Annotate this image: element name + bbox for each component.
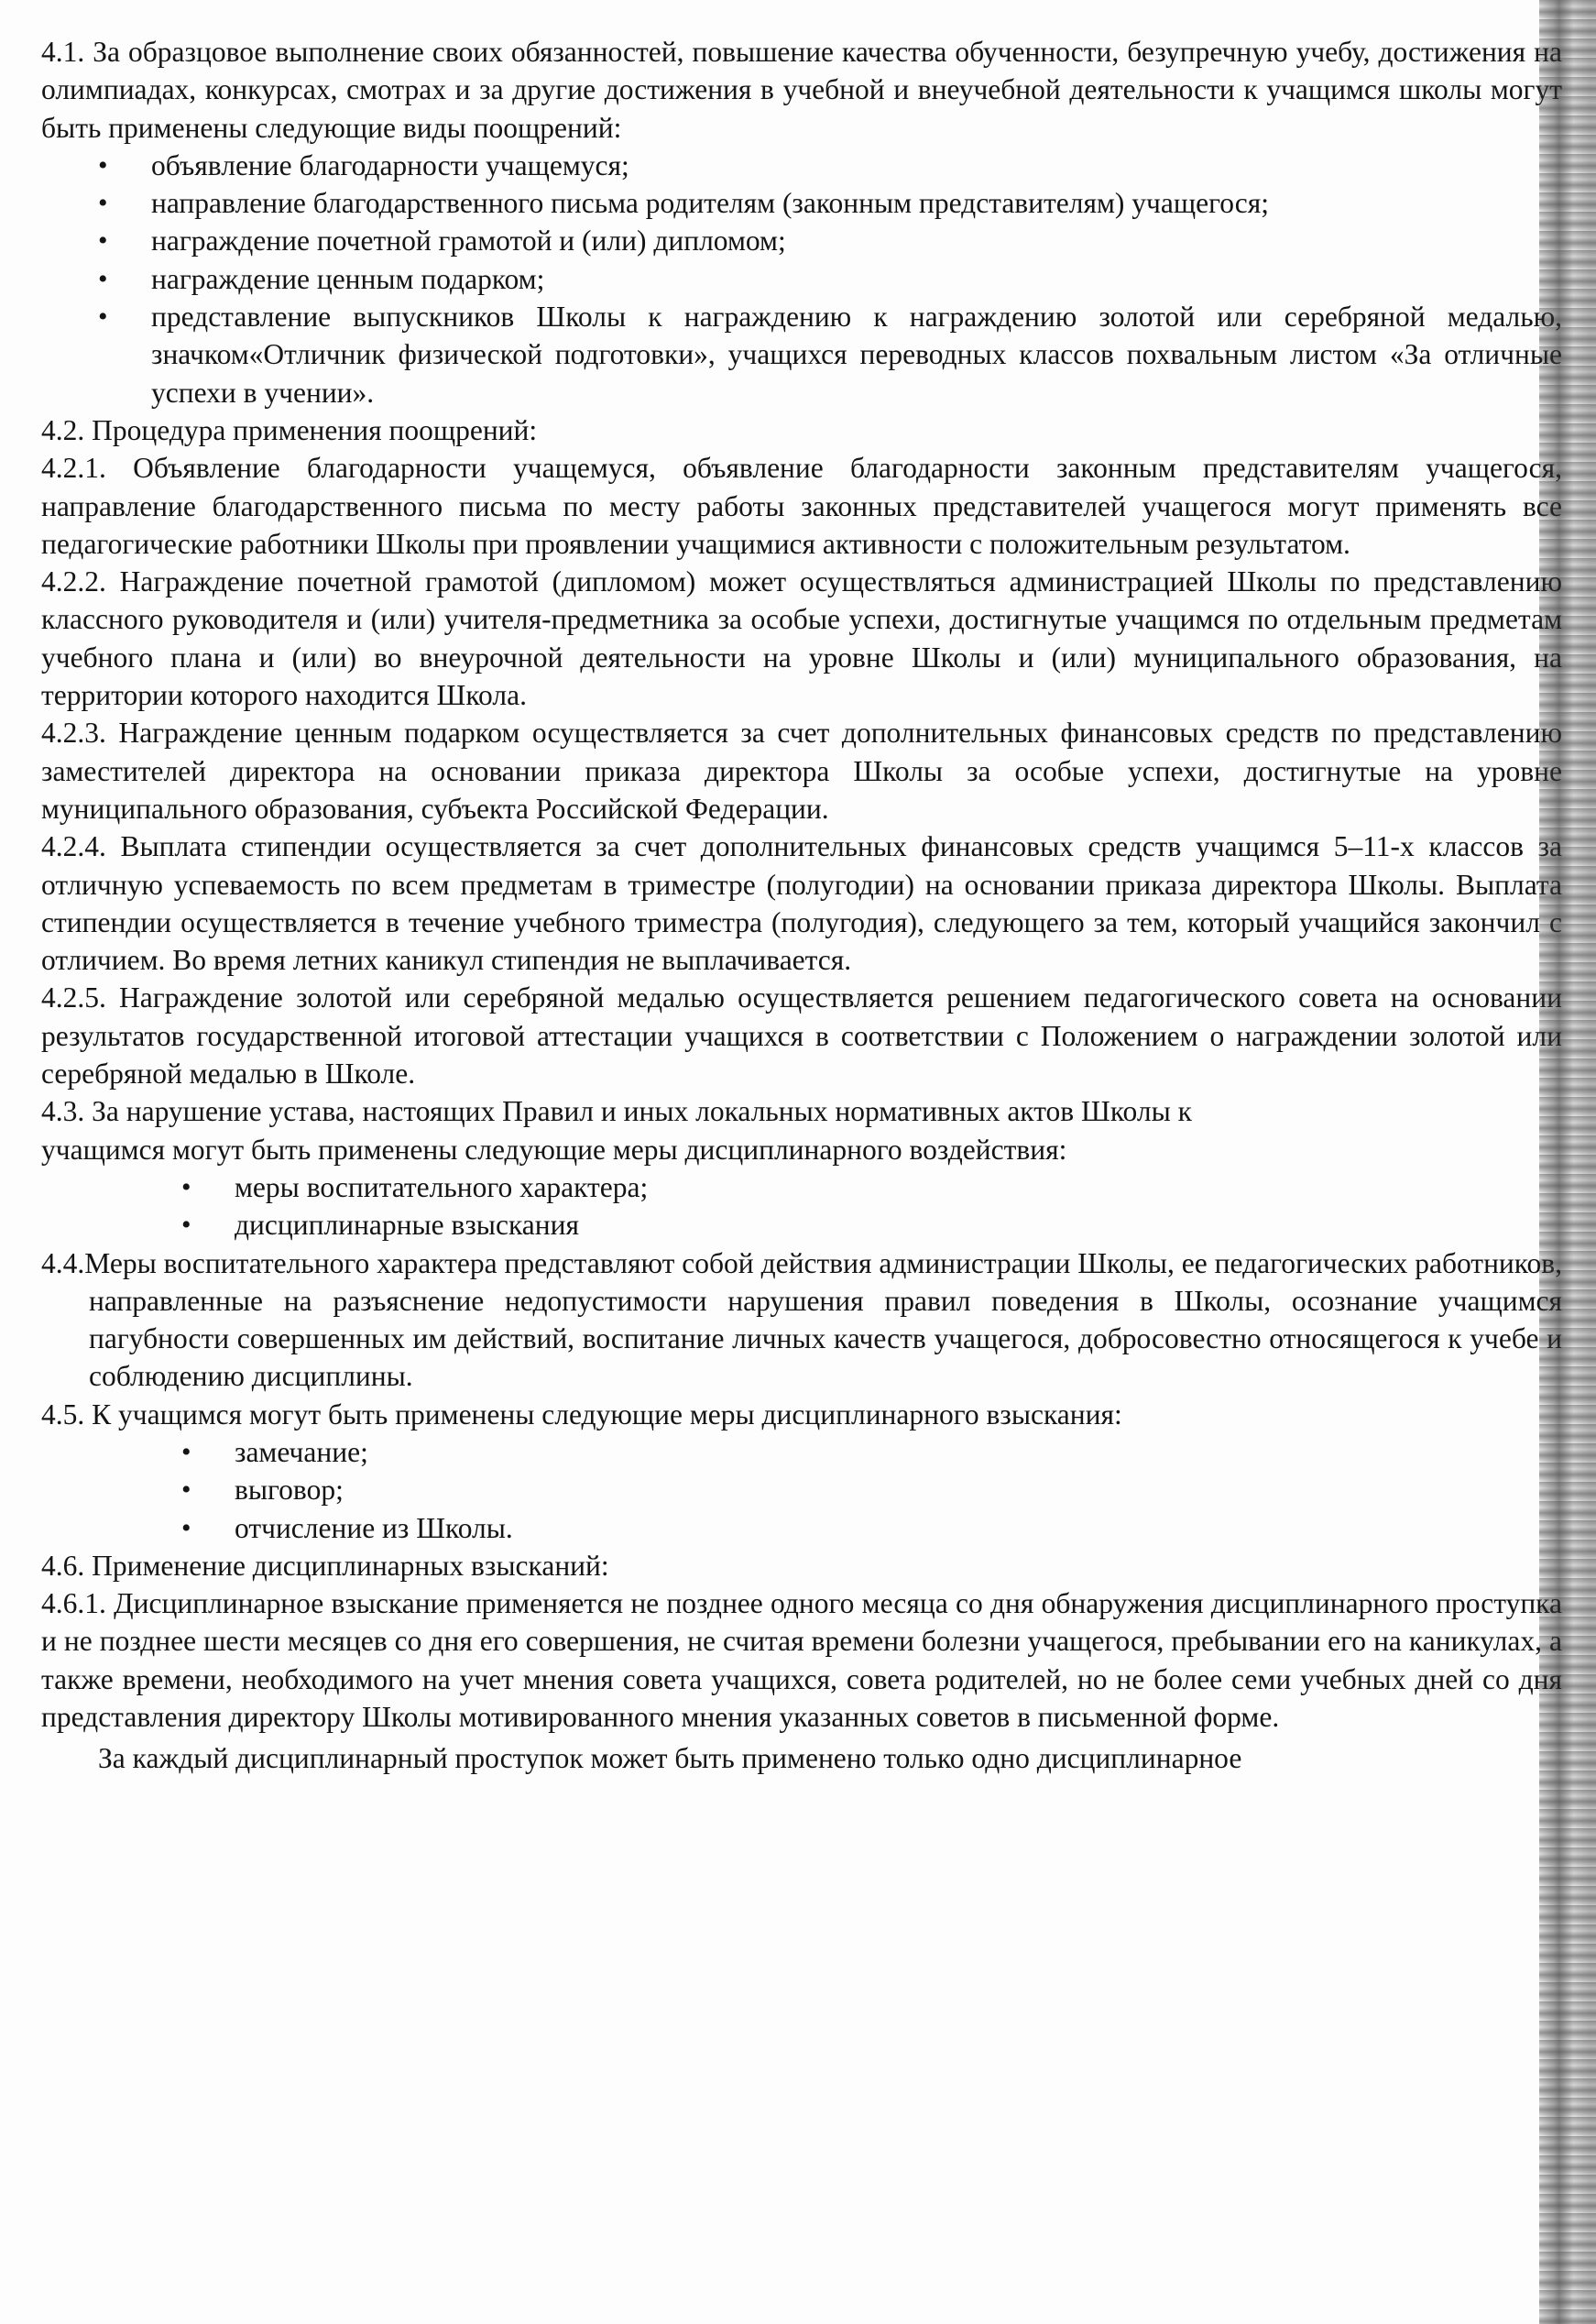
disciplinary-penalties-list: •замечание; •выговор; •отчисление из Шко… — [41, 1433, 1562, 1547]
section-label: 4.4. — [41, 1247, 84, 1279]
paragraph-4-1: 4.1. За образцовое выполнение своих обяз… — [41, 33, 1562, 147]
disciplinary-measures-list: •меры воспитательного характера; •дисцип… — [41, 1168, 1562, 1244]
bullet-icon: • — [98, 298, 108, 335]
paragraph-4-2-3: 4.2.3. Награждение ценным подарком осуще… — [41, 714, 1562, 828]
paragraph-4-3-line1: 4.3. За нарушение устава, настоящих Прав… — [41, 1092, 1562, 1130]
list-item: •объявление благодарности учащемуся; — [41, 147, 1562, 184]
bullet-icon: • — [181, 1168, 191, 1206]
scanned-page: 4.1. За образцовое выполнение своих обяз… — [0, 0, 1596, 2324]
list-item: •меры воспитательного характера; — [41, 1168, 1562, 1206]
paragraph-4-2-2: 4.2.2. Награждение почетной грамотой (ди… — [41, 563, 1562, 714]
bullet-icon: • — [98, 222, 108, 259]
scan-edge-artifact — [1539, 0, 1596, 2324]
list-item: •отчисление из Школы. — [41, 1509, 1562, 1547]
paragraph-4-5: 4.5. К учащимся могут быть применены сле… — [41, 1396, 1562, 1433]
list-item: •дисциплинарные взыскания — [41, 1206, 1562, 1244]
paragraph-closing: За каждый дисциплинарный проступок может… — [41, 1739, 1562, 1777]
paragraph-4-2-4: 4.2.4. Выплата стипендии осуществляется … — [41, 828, 1562, 979]
bullet-icon: • — [181, 1433, 191, 1471]
list-item: •выговор; — [41, 1471, 1562, 1508]
paragraph-4-2-5: 4.2.5. Награждение золотой или серебряно… — [41, 979, 1562, 1092]
list-item: •представление выпускников Школы к награ… — [41, 298, 1562, 411]
paragraph-4-3-line2: учащимся могут быть применены следующие … — [41, 1131, 1562, 1168]
list-item: •награждение ценным подарком; — [41, 260, 1562, 298]
list-item: •направление благодарственного письма ро… — [41, 184, 1562, 222]
document-body: 4.1. За образцовое выполнение своих обяз… — [41, 33, 1562, 1778]
bullet-icon: • — [181, 1471, 191, 1508]
list-item: •награждение почетной грамотой и (или) д… — [41, 222, 1562, 259]
paragraph-4-6-1: 4.6.1. Дисциплинарное взыскание применяе… — [41, 1584, 1562, 1736]
bullet-icon: • — [98, 184, 108, 222]
bullet-icon: • — [98, 147, 108, 184]
bullet-icon: • — [98, 260, 108, 298]
bullet-icon: • — [181, 1509, 191, 1547]
rewards-list: •объявление благодарности учащемуся; •на… — [41, 147, 1562, 411]
list-item: •замечание; — [41, 1433, 1562, 1471]
heading-4-6: 4.6. Применение дисциплинарных взысканий… — [41, 1547, 1562, 1584]
bullet-icon: • — [181, 1206, 191, 1244]
paragraph-4-4: 4.4.Меры воспитательного характера предс… — [41, 1244, 1562, 1396]
paragraph-4-2-1: 4.2.1. Объявление благодарности учащемус… — [41, 449, 1562, 563]
heading-4-2: 4.2. Процедура применения поощрений: — [41, 411, 1562, 449]
